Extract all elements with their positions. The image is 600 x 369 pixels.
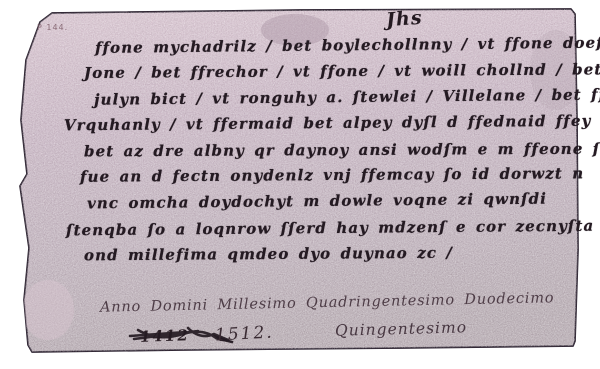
stain-smudge	[22, 280, 74, 340]
paper-texture	[0, 0, 600, 369]
stain-smudge	[530, 30, 582, 110]
scanned-manuscript-page: P 144. Jhs ffone mychadrilz / bet boylec…	[0, 0, 600, 369]
stain-smudge	[261, 14, 329, 46]
paper-sheet	[0, 0, 600, 369]
